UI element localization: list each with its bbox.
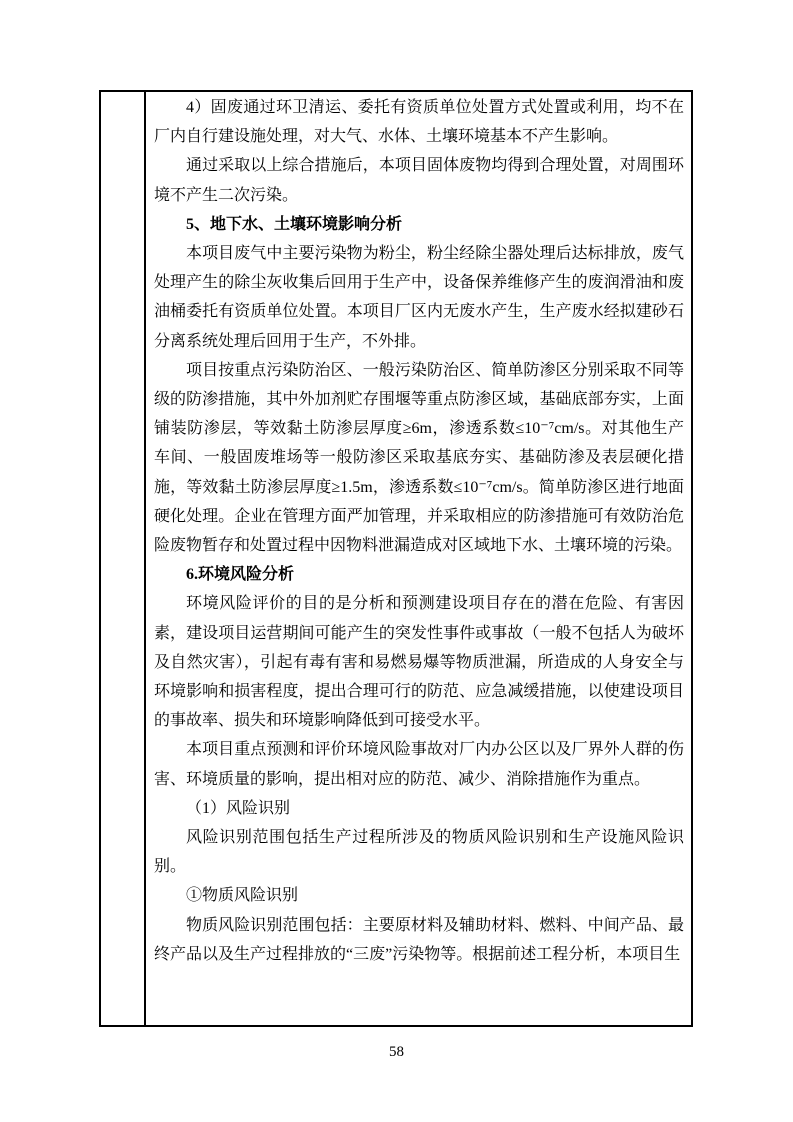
paragraph-solid-waste-disposal: 4）固废通过环卫清运、委托有资质单位处置方式处置或利用，均不在厂内自行建设施处理… [154, 93, 684, 151]
heading-section-6: 6.环境风险分析 [154, 560, 684, 589]
subheading-material-risk: ①物质风险识别 [154, 881, 684, 910]
page-number: 58 [0, 1042, 793, 1062]
subheading-risk-identification: （1）风险识别 [154, 794, 684, 823]
heading-section-5: 5、地下水、土壤环境影响分析 [154, 210, 684, 239]
paragraph-risk-prediction-focus: 本项目重点预测和评价环境风险事故对厂内办公区以及厂界外人群的伤害、环境质量的影响… [154, 735, 684, 793]
paragraph-comprehensive-measures: 通过采取以上综合措施后，本项目固体废物均得到合理处置，对周围环境不产生二次污染。 [154, 151, 684, 209]
paragraph-material-risk-scope: 物质风险识别范围包括：主要原材料及辅助材料、燃料、中间产品、最终产品以及生产过程… [154, 911, 684, 969]
paragraph-seepage-prevention: 项目按重点污染防治区、一般污染防治区、简单防渗区分别采取不同等级的防渗措施，其中… [154, 356, 684, 560]
table-left-cell [101, 92, 146, 1025]
paragraph-risk-identification-scope: 风险识别范围包括生产过程所涉及的物质风险识别和生产设施风险识别。 [154, 823, 684, 881]
document-table: 4）固废通过环卫清运、委托有资质单位处置方式处置或利用，均不在厂内自行建设施处理… [99, 90, 693, 1027]
table-content-cell: 4）固废通过环卫清运、委托有资质单位处置方式处置或利用，均不在厂内自行建设施处理… [146, 92, 691, 1025]
paragraph-risk-evaluation-purpose: 环境风险评价的目的是分析和预测建设项目存在的潜在危险、有害因素，建设项目运营期间… [154, 589, 684, 735]
paragraph-dust-wastewater: 本项目废气中主要污染物为粉尘，粉尘经除尘器处理后达标排放，废气处理产生的除尘灰收… [154, 239, 684, 356]
